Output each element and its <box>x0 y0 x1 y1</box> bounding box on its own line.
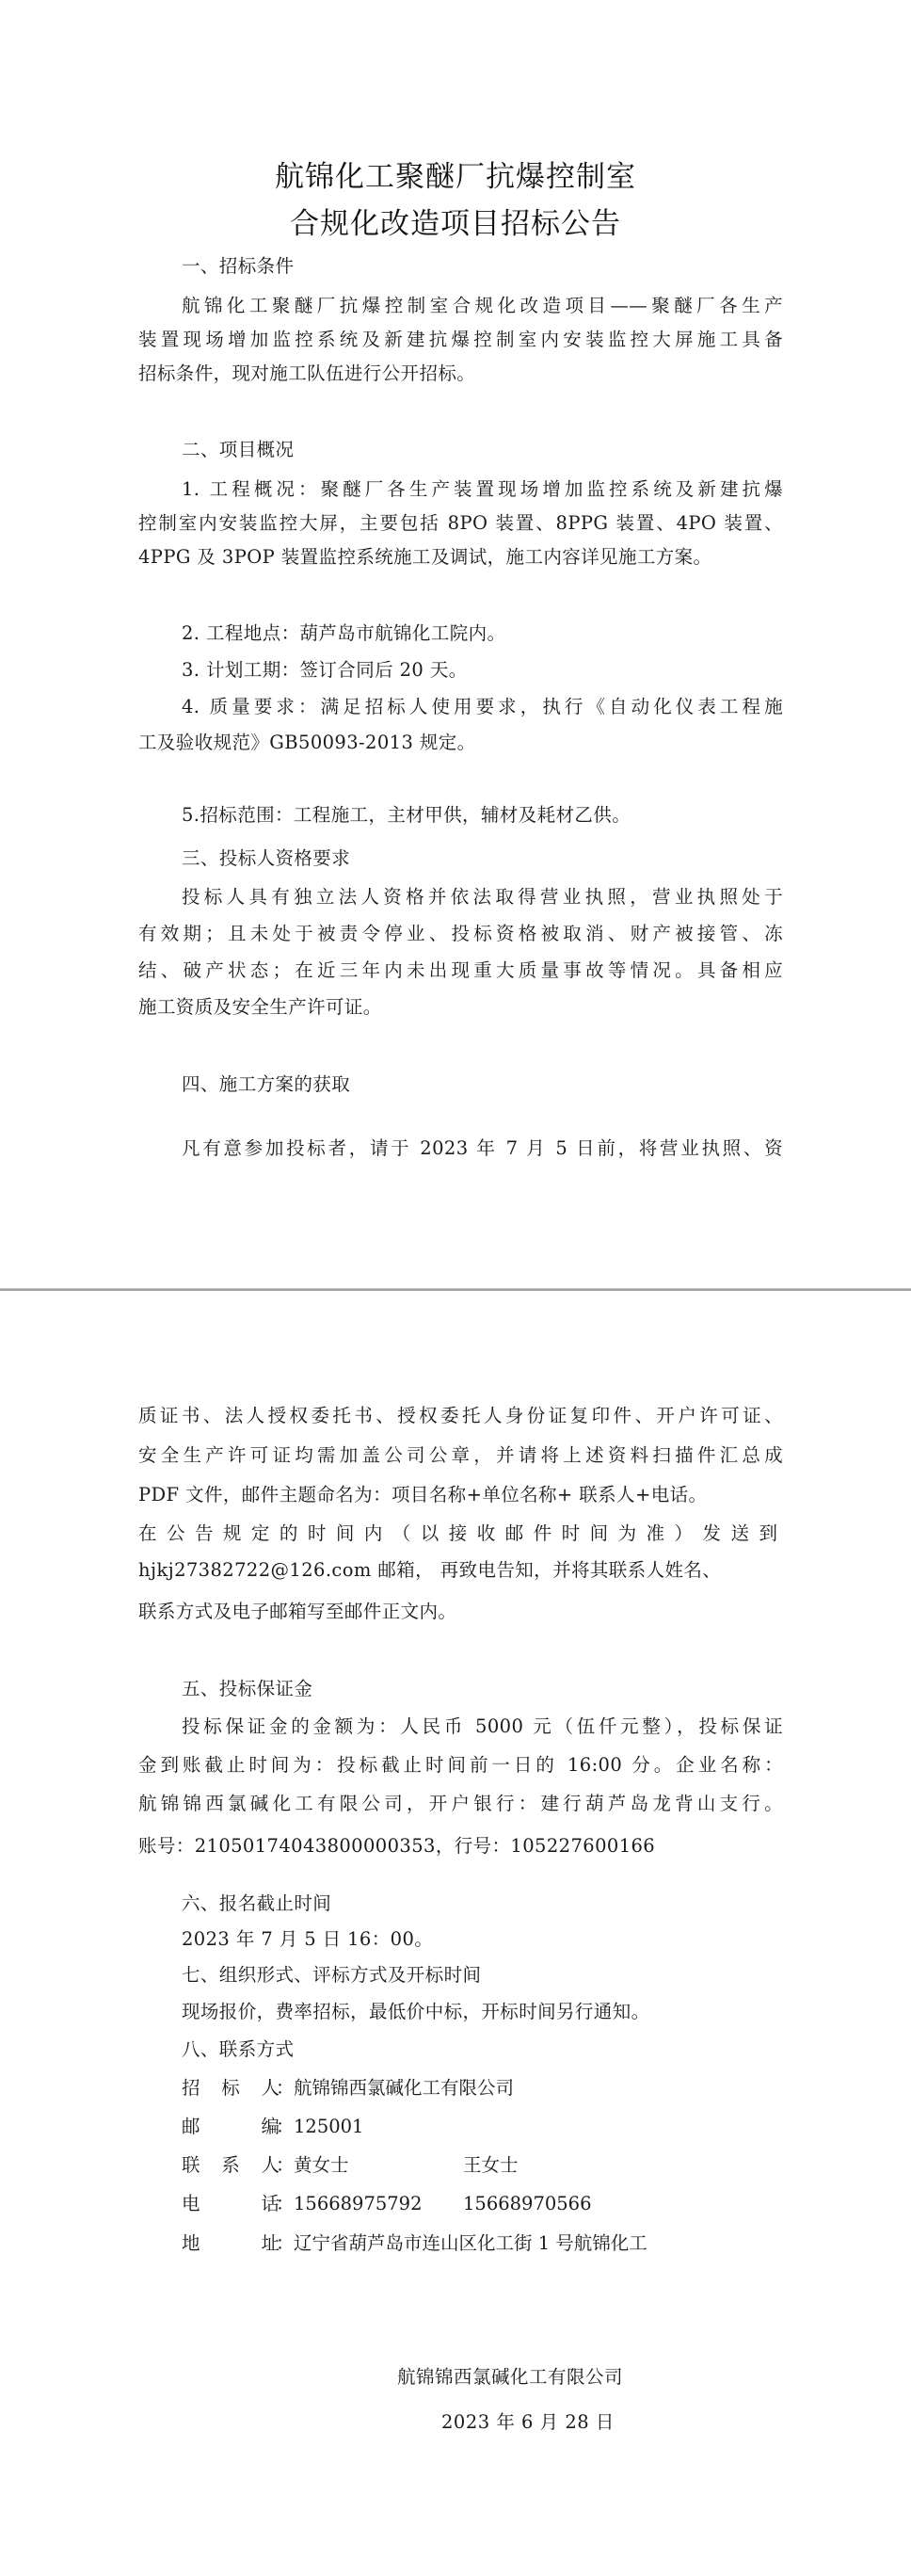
section-5-heading: 五、投标保证金 <box>182 1677 312 1701</box>
section-2-item-2: 2. 工程地点：葫芦岛市航锦化工院内。 <box>182 621 505 646</box>
section-5-line-4-account: 账号：21050174043800000353，行号：105227600166 <box>138 1834 783 1859</box>
contact-value-phone-2: 15668970566 <box>463 2192 591 2216</box>
section-3-heading: 三、投标人资格要求 <box>182 846 350 871</box>
contact-value-postcode: 125001 <box>294 2115 363 2139</box>
section-2-item-1-line-2: 控制室内安装监控大屏，主要包括 8PO 装置、8PPG 装置、4PO 装置、 <box>138 511 783 536</box>
contact-colon: ： <box>276 2076 295 2101</box>
section-2-heading: 二、项目概况 <box>182 438 294 462</box>
section-3-line-3: 结、破产状态；在近三年内未出现重大质量事故等情况。具备相应 <box>138 958 783 983</box>
section-4-line-1: 凡有意参加投标者，请于 2023 年 7 月 5 日前，将营业执照、资 <box>182 1136 783 1161</box>
contact-colon: ： <box>276 2153 295 2178</box>
section-4-line-6-email: hjkj27382722@126.com 邮箱， 再致电告知，并将其联系人姓名、 <box>138 1558 783 1583</box>
section-4-line-5: 在公告规定的时间内（以接收邮件时间为准）发送到 <box>138 1521 783 1546</box>
section-5-line-1: 投标保证金的金额为：人民币 5000 元（伍仟元整），投标保证 <box>182 1715 783 1739</box>
section-4-line-4: PDF 文件，邮件主题命名为：项目名称+单位名称+ 联系人+电话。 <box>138 1483 783 1507</box>
section-4-heading: 四、施工方案的获取 <box>182 1072 350 1097</box>
section-1-heading: 一、招标条件 <box>182 254 294 279</box>
section-3-line-4: 施工资质及安全生产许可证。 <box>138 995 783 1020</box>
section-6-deadline: 2023 年 7 月 5 日 16：00。 <box>182 1927 433 1952</box>
contact-colon: ： <box>276 2115 295 2139</box>
section-7-heading: 七、组织形式、评标方式及开标时间 <box>182 1963 481 1988</box>
contact-label-postcode: 邮 编 <box>182 2115 280 2139</box>
contact-label-address: 地 址 <box>182 2231 280 2256</box>
section-1-line-1: 航锦化工聚醚厂抗爆控制室合规化改造项目——聚醚厂各生产 <box>182 294 783 318</box>
signature-company: 航锦锦西氯碱化工有限公司 <box>397 2365 623 2390</box>
section-3-line-2: 有效期；且未处于被责令停业、投标资格被取消、财产被接管、冻 <box>138 922 783 946</box>
section-2-item-4-line-2: 工及验收规范》GB50093-2013 规定。 <box>138 731 783 755</box>
section-5-line-2: 金到账截止时间为：投标截止时间前一日的 16:00 分。企业名称： <box>138 1753 783 1778</box>
contact-colon: ： <box>276 2231 295 2256</box>
contact-value-person-2: 王女士 <box>463 2153 519 2178</box>
section-4-line-3: 安全生产许可证均需加盖公司公章，并请将上述资料扫描件汇总成 <box>138 1443 783 1468</box>
section-6-heading: 六、报名截止时间 <box>182 1892 331 1916</box>
section-4-line-2: 质证书、法人授权委托书、授权委托人身份证复印件、开户许可证、 <box>138 1404 783 1428</box>
section-2-item-1-line-1: 1. 工程概况：聚醚厂各生产装置现场增加监控系统及新建抗爆 <box>182 477 783 502</box>
contact-value-phone-1: 15668975792 <box>294 2192 422 2216</box>
section-1-line-3: 招标条件，现对施工队伍进行公开招标。 <box>138 362 783 386</box>
document-title-line-1: 航锦化工聚醚厂抗爆控制室 <box>0 158 911 196</box>
signature-date: 2023 年 6 月 28 日 <box>441 2410 615 2435</box>
section-5-line-3: 航锦锦西氯碱化工有限公司，开户银行：建行葫芦岛龙背山支行。 <box>138 1792 783 1816</box>
contact-label-tenderer: 招 标 人 <box>182 2076 280 2101</box>
document-page-2: 质证书、法人授权委托书、授权委托人身份证复印件、开户许可证、 安全生产许可证均需… <box>0 1291 911 2576</box>
contact-value-tenderer: 航锦锦西氯碱化工有限公司 <box>294 2076 514 2101</box>
contact-value-address: 辽宁省葫芦岛市连山区化工街 1 号航锦化工 <box>294 2231 647 2256</box>
section-4-line-7: 联系方式及电子邮箱写至邮件正文内。 <box>138 1600 783 1624</box>
contact-label-person: 联 系 人 <box>182 2153 280 2178</box>
contact-colon: ： <box>276 2192 295 2216</box>
document-title-line-2: 合规化改造项目招标公告 <box>0 205 911 243</box>
section-3-line-1: 投标人具有独立法人资格并依法取得营业执照，营业执照处于 <box>182 885 783 910</box>
section-2-item-5: 5.招标范围：工程施工，主材甲供，辅材及耗材乙供。 <box>182 803 631 828</box>
contact-label-phone: 电 话 <box>182 2192 280 2216</box>
contact-value-person-1: 黄女士 <box>294 2153 349 2178</box>
section-1-line-2: 装置现场增加监控系统及新建抗爆控制室内安装监控大屏施工具备 <box>138 328 783 352</box>
document-page-1: 航锦化工聚醚厂抗爆控制室 合规化改造项目招标公告 一、招标条件 航锦化工聚醚厂抗… <box>0 0 911 1288</box>
section-2-item-3: 3. 计划工期：签订合同后 20 天。 <box>182 658 468 683</box>
section-2-item-1-line-3: 4PPG 及 3POP 装置监控系统施工及调试，施工内容详见施工方案。 <box>138 545 783 570</box>
section-7-text: 现场报价，费率招标，最低价中标，开标时间另行通知。 <box>182 2000 650 2024</box>
section-8-heading: 八、联系方式 <box>182 2037 294 2062</box>
section-2-item-4-line-1: 4. 质量要求：满足招标人使用要求，执行《自动化仪表工程施 <box>182 695 783 719</box>
